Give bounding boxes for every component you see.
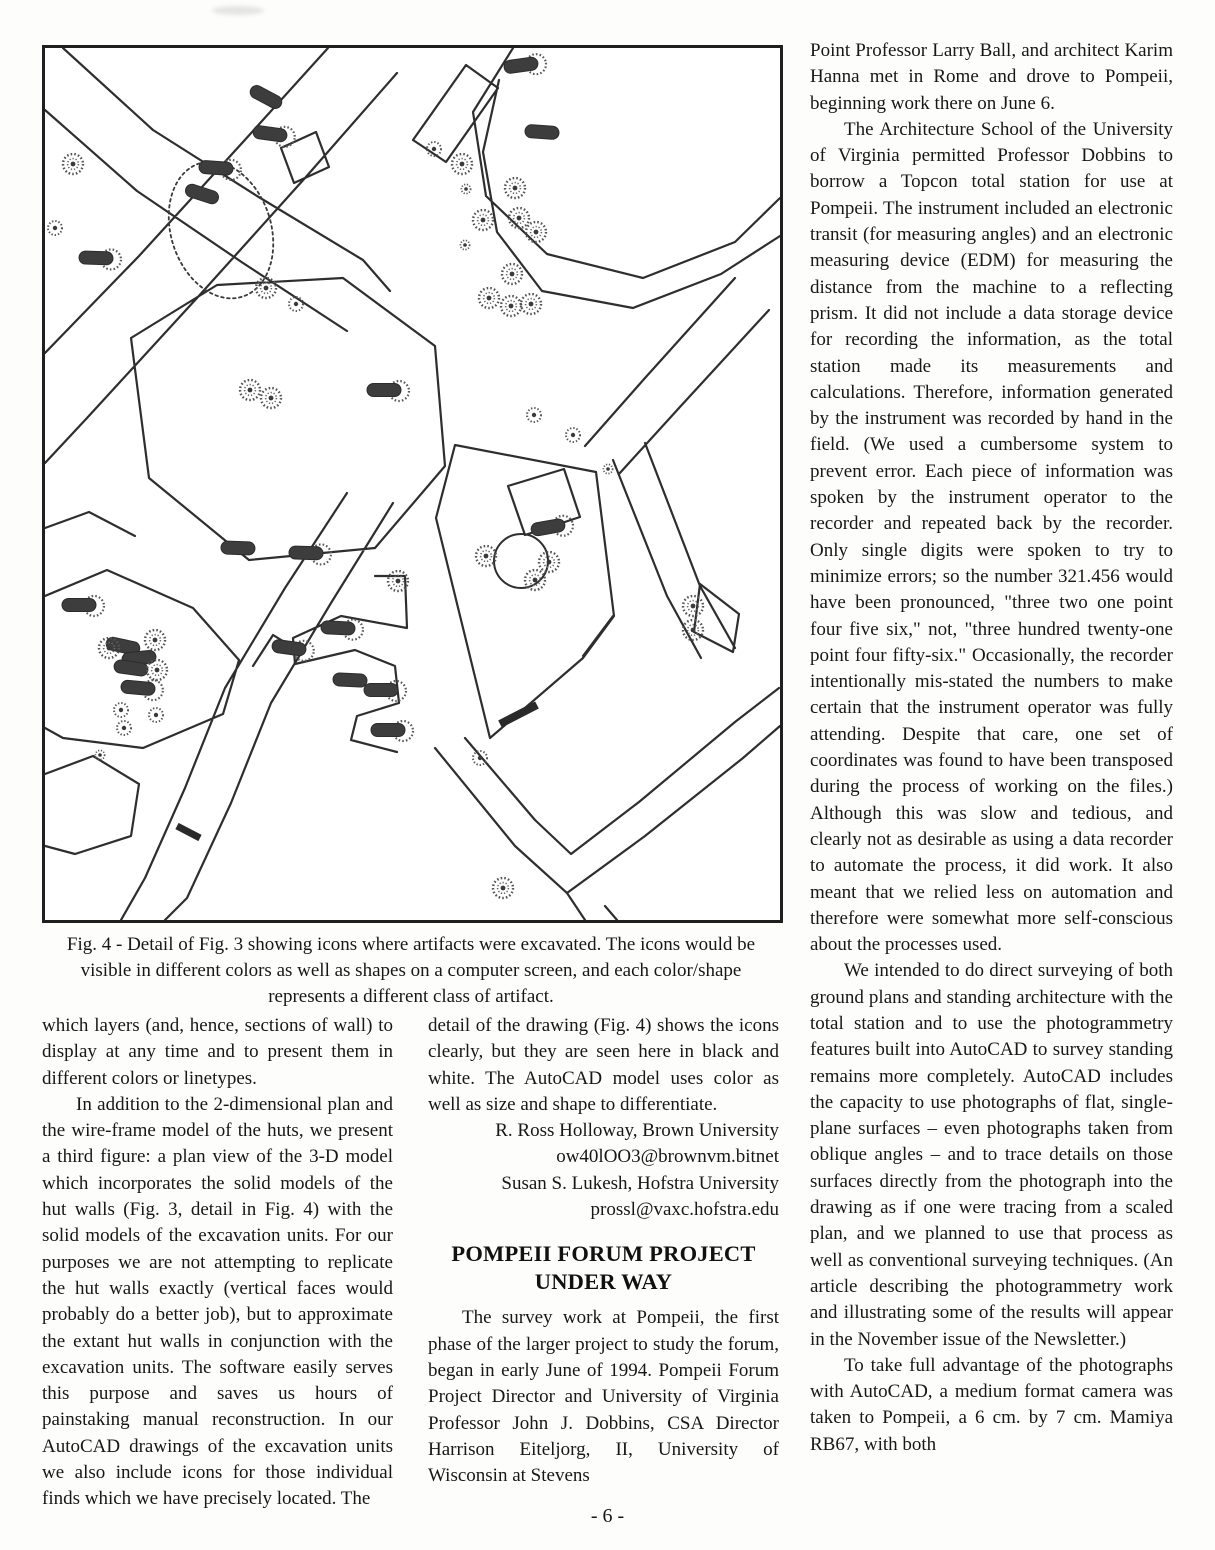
section-heading: POMPEII FORUM PROJECT UNDER WAY	[428, 1240, 779, 1296]
figure-4	[42, 45, 783, 923]
byline-email: ow40lOO3@brownvm.bitnet	[428, 1144, 779, 1170]
column-left: which layers (and, hence, sections of wa…	[42, 1013, 393, 1513]
byline: R. Ross Holloway, Brown University ow40l…	[428, 1118, 779, 1223]
column-right: Point Professor Larry Ball, and architec…	[810, 38, 1173, 1458]
paragraph: In addition to the 2-dimensional plan an…	[42, 1092, 393, 1513]
paragraph: The survey work at Pompeii, the first ph…	[428, 1305, 779, 1489]
paragraph: We intended to do direct surveying of bo…	[810, 958, 1173, 1352]
wall-lines	[45, 48, 780, 920]
artifact-icons	[48, 53, 703, 898]
newsletter-page: Fig. 4 - Detail of Fig. 3 showing icons …	[0, 0, 1215, 1550]
figure-4-caption: Fig. 4 - Detail of Fig. 3 showing icons …	[58, 932, 764, 1010]
paragraph: which layers (and, hence, sections of wa…	[42, 1013, 393, 1092]
byline-author: R. Ross Holloway, Brown University	[428, 1118, 779, 1144]
page-number: - 6 -	[0, 1505, 1215, 1528]
paragraph: Point Professor Larry Ball, and architec…	[810, 38, 1173, 117]
paragraph: The Architecture School of the Universit…	[810, 117, 1173, 959]
figure-4-drawing	[45, 48, 780, 920]
paragraph: To take full advantage of the photograph…	[810, 1353, 1173, 1458]
paragraph: detail of the drawing (Fig. 4) shows the…	[428, 1013, 779, 1118]
column-middle: detail of the drawing (Fig. 4) shows the…	[428, 1013, 779, 1489]
scan-artifact	[212, 6, 264, 15]
byline-email: prossl@vaxc.hofstra.edu	[428, 1197, 779, 1223]
section-heading-line2: UNDER WAY	[535, 1269, 672, 1294]
byline-author: Susan S. Lukesh, Hofstra University	[428, 1171, 779, 1197]
section-heading-line1: POMPEII FORUM PROJECT	[451, 1241, 755, 1266]
